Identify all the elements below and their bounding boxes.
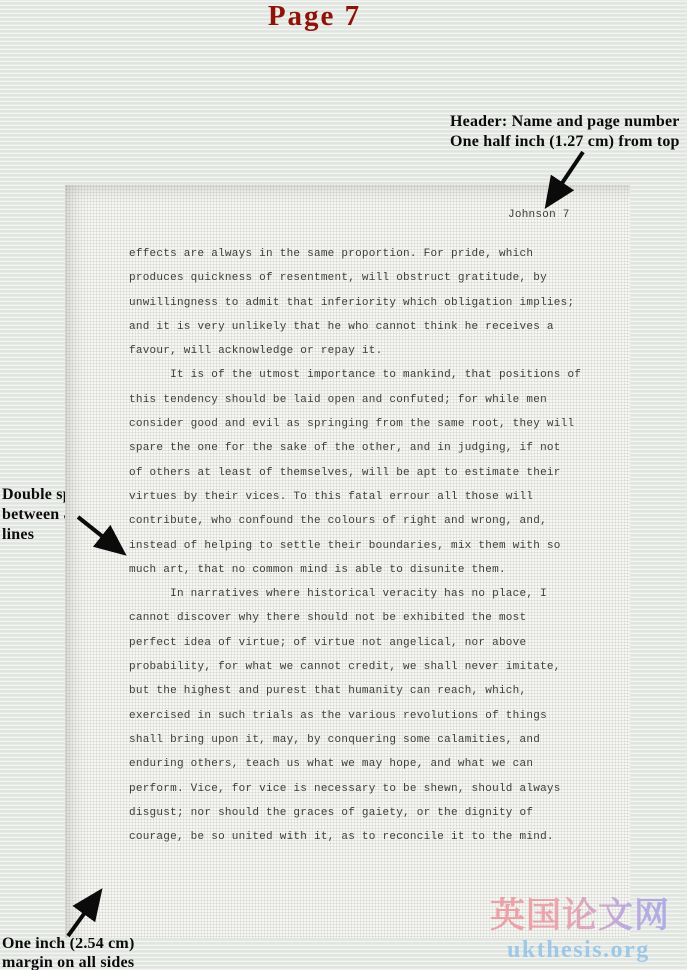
manuscript-line: produces quickness of resentment, will o… bbox=[129, 266, 599, 290]
watermark: 英国论文网 ukthesis.org bbox=[490, 897, 687, 964]
manuscript-line: contribute, who confound the colours of … bbox=[129, 509, 599, 533]
manuscript-line: and it is very unlikely that he who cann… bbox=[129, 315, 599, 339]
manuscript-line: enduring others, teach us what we may ho… bbox=[129, 752, 599, 776]
manuscript-line: shall bring upon it, may, by conquering … bbox=[129, 728, 599, 752]
manuscript-line: disgust; nor should the graces of gaiety… bbox=[129, 801, 599, 825]
manuscript-line: probability, for what we cannot credit, … bbox=[129, 655, 599, 679]
manuscript-body: effects are always in the same proportio… bbox=[129, 242, 599, 849]
page-title: Page 7 bbox=[222, 0, 407, 33]
manuscript-line: instead of helping to settle their bound… bbox=[129, 534, 599, 558]
manuscript-line: favour, will acknowledge or repay it. bbox=[129, 339, 599, 363]
manuscript-line: exercised in such trials as the various … bbox=[129, 704, 599, 728]
manuscript-line: much art, that no common mind is able to… bbox=[129, 558, 599, 582]
figure-canvas: Page 7 Header: Name and page number One … bbox=[0, 0, 687, 970]
manuscript-line: perform. Vice, for vice is necessary to … bbox=[129, 777, 599, 801]
manuscript-line: consider good and evil as springing from… bbox=[129, 412, 599, 436]
manuscript-line: courage, be so united with it, as to rec… bbox=[129, 825, 599, 849]
watermark-site-name: 英国论文网 bbox=[490, 897, 687, 935]
manuscript-line: this tendency should be laid open and co… bbox=[129, 388, 599, 412]
manuscript-line: unwillingness to admit that inferiority … bbox=[129, 291, 599, 315]
annotation-header-line1: Header: Name and page number bbox=[450, 112, 687, 132]
manuscript-line: but the highest and purest that humanity… bbox=[129, 679, 599, 703]
manuscript-line: virtues by their vices. To this fatal er… bbox=[129, 485, 599, 509]
manuscript-line: effects are always in the same proportio… bbox=[129, 242, 599, 266]
manuscript-line: spare the one for the sake of the other,… bbox=[129, 436, 599, 460]
annotation-header: Header: Name and page number One half in… bbox=[450, 112, 687, 152]
manuscript-page: Johnson 7 effects are always in the same… bbox=[65, 185, 630, 938]
manuscript-line: of others at least of themselves, will b… bbox=[129, 461, 599, 485]
manuscript-line: It is of the utmost importance to mankin… bbox=[129, 363, 599, 387]
annotation-margin-line2: margin on all sides bbox=[2, 953, 172, 970]
annotation-margin: One inch (2.54 cm) margin on all sides bbox=[2, 934, 172, 970]
watermark-site-url: ukthesis.org bbox=[490, 937, 687, 964]
manuscript-line: perfect idea of virtue; of virtue not an… bbox=[129, 631, 599, 655]
manuscript-line: In narratives where historical veracity … bbox=[129, 582, 599, 606]
manuscript-line: cannot discover why there should not be … bbox=[129, 606, 599, 630]
annotation-header-line2: One half inch (1.27 cm) from top bbox=[450, 132, 687, 152]
running-head: Johnson 7 bbox=[508, 209, 570, 221]
